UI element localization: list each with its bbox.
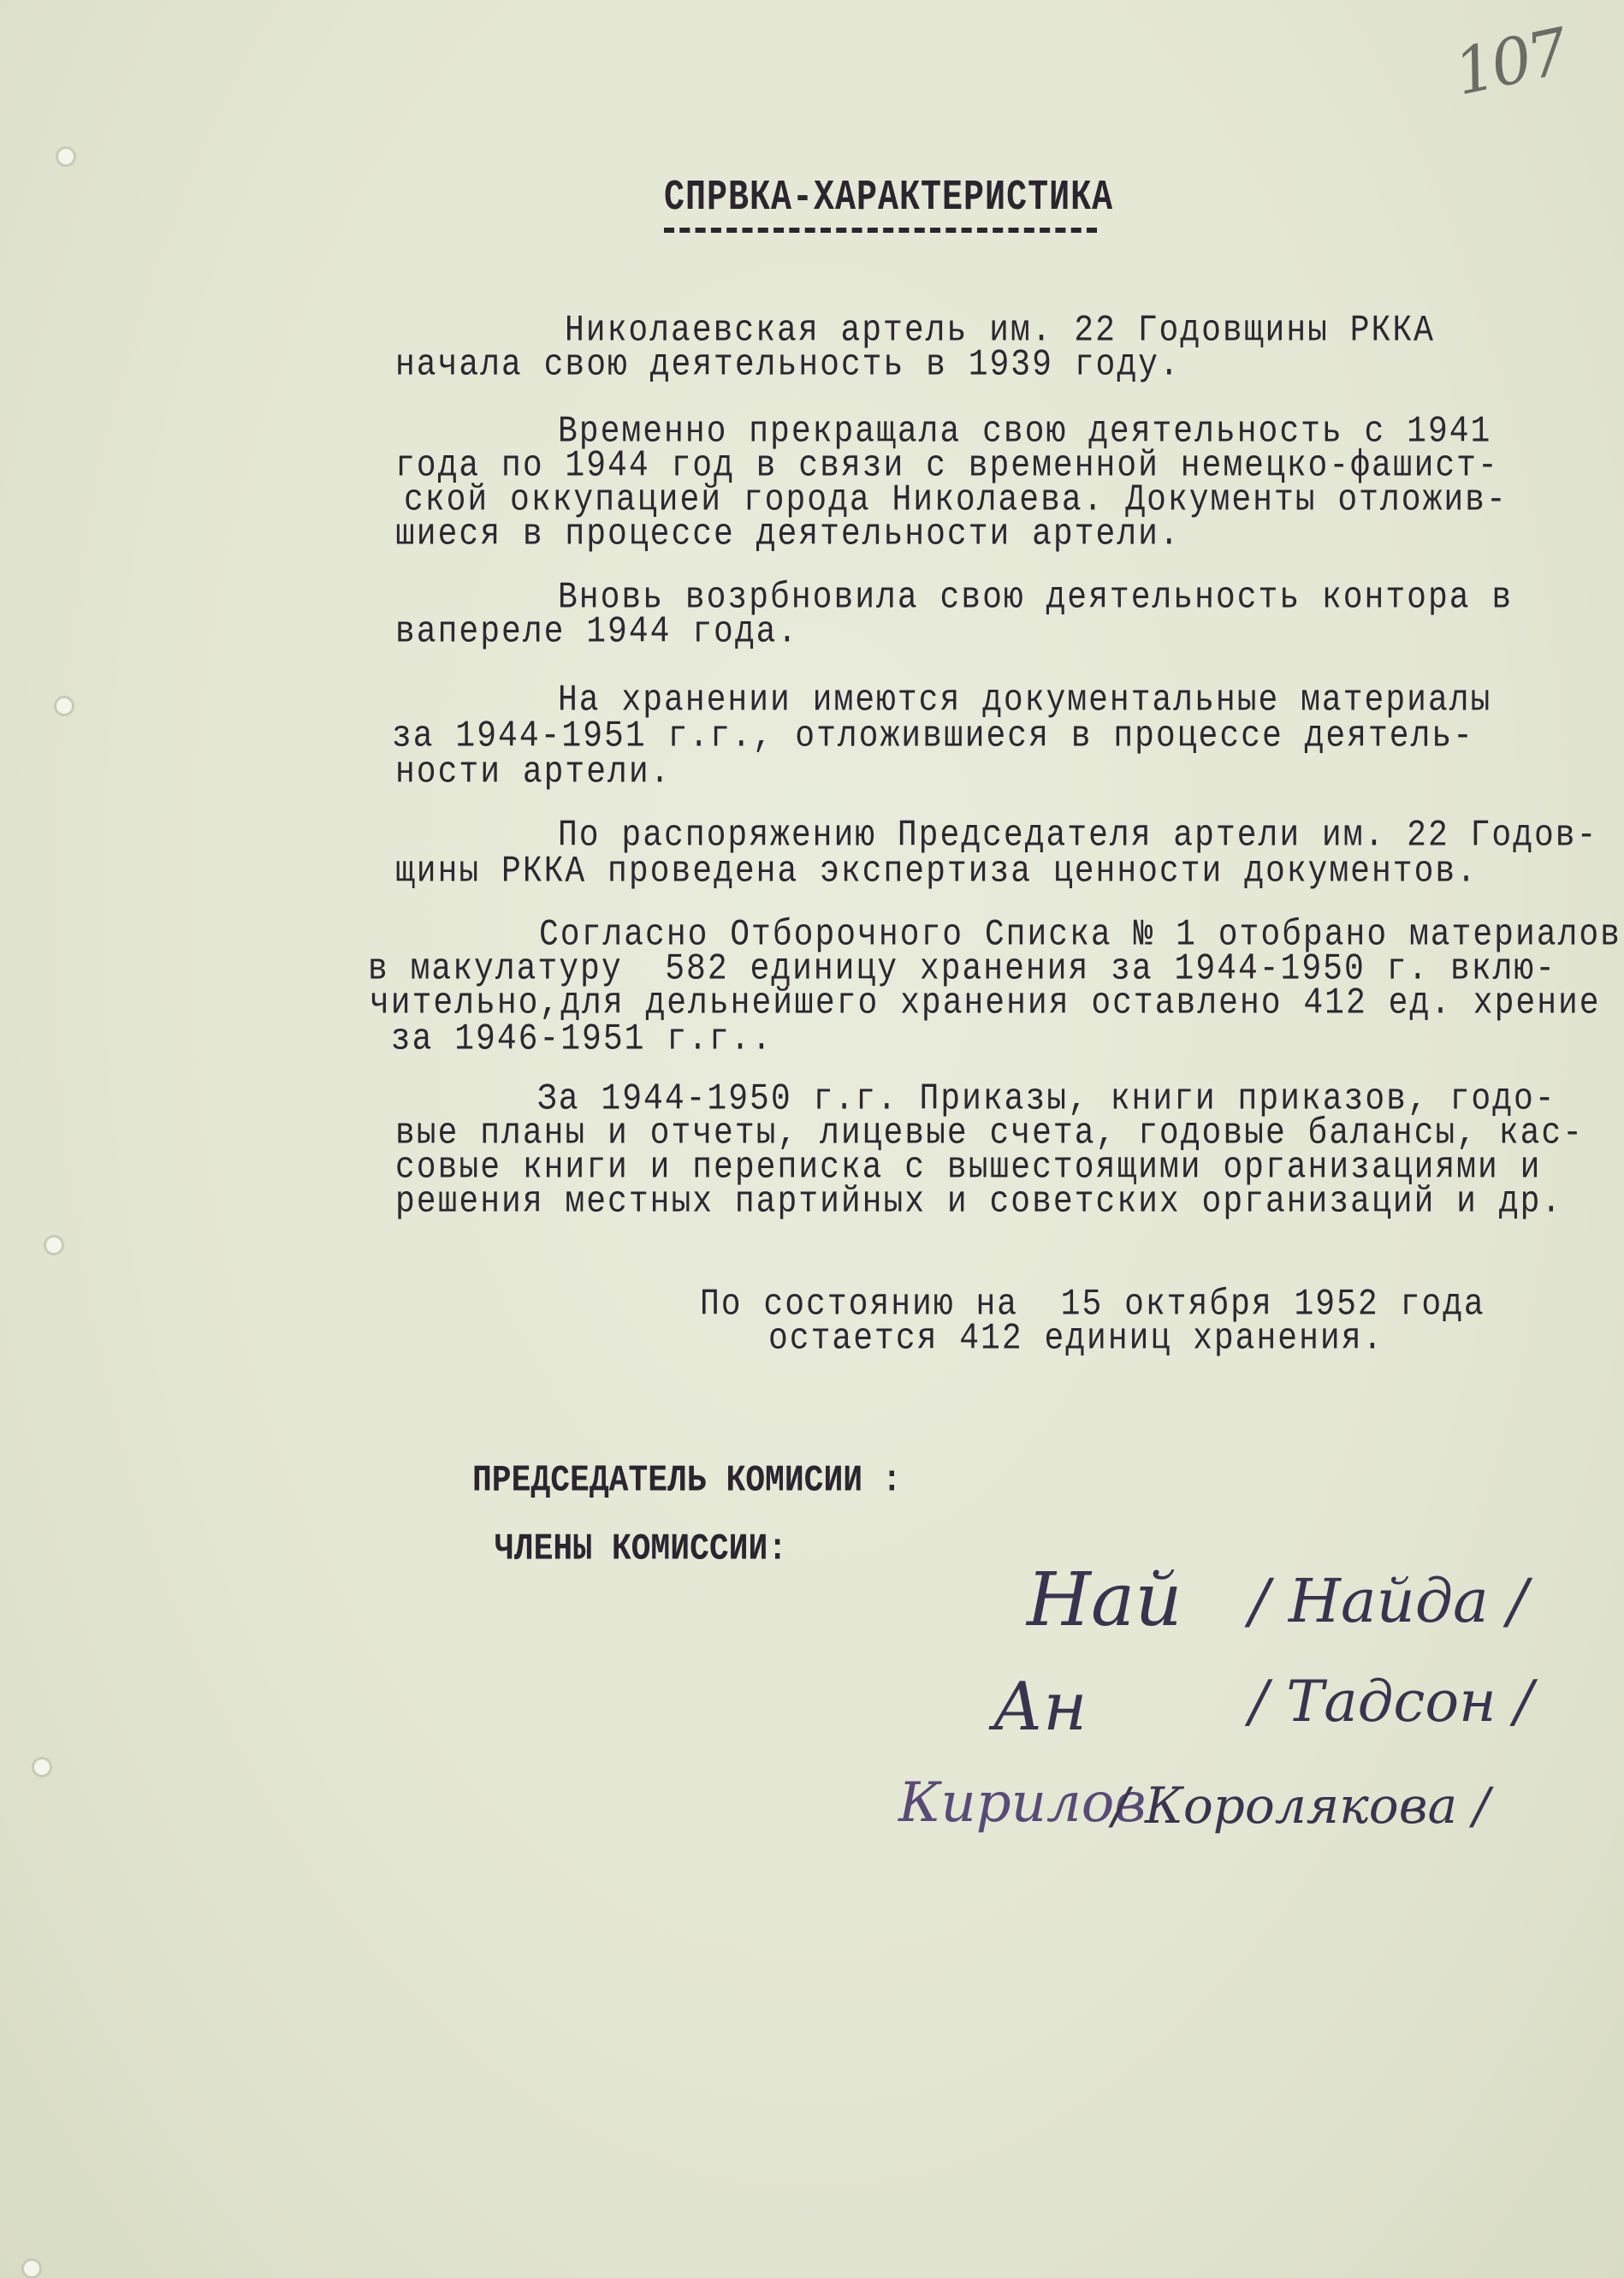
paragraph-2-line-4: шиеся в процессе деятельности артели. xyxy=(395,515,1181,555)
paragraph-4-line-3: ности артели. xyxy=(395,753,671,792)
signature-2-name: / Тадсон / xyxy=(1249,1669,1533,1735)
chairman-label: ПРЕДСЕДАТЕЛЬ КОМИСИИ : xyxy=(472,1460,902,1502)
signature-3: Кирилов xyxy=(898,1771,1146,1835)
punch-hole xyxy=(56,698,72,714)
signature-3-name: / Королякова / xyxy=(1112,1777,1490,1835)
signatures-area: Най / Найда / Ан / Тадсон / Кирилов / Ко… xyxy=(890,1540,1540,1883)
title-underline xyxy=(664,228,1097,233)
punch-hole xyxy=(46,1237,62,1253)
paragraph-5-line-2: щины РККА проведена экспертиза ценности … xyxy=(395,852,1478,892)
members-label: ЧЛЕНЫ КОМИССИИ: xyxy=(495,1528,787,1570)
document-title: СПРВКА-ХАРАКТЕРИСТИКА xyxy=(664,175,1113,222)
paragraph-7-line-4: решения местных партийных и советских ор… xyxy=(395,1183,1562,1222)
punch-hole xyxy=(58,149,74,164)
punch-hole xyxy=(34,1759,50,1775)
signature-2: Ан xyxy=(993,1669,1087,1746)
paragraph-6-line-4: за 1946-1951 г.г.. xyxy=(370,1020,773,1059)
status-line-2: остается 412 единиц хранения. xyxy=(768,1320,1384,1359)
paragraph-3-line-2: вапереле 1944 года. xyxy=(395,613,798,652)
paragraph-1-line-2: начала свою деятельность в 1939 году. xyxy=(395,346,1181,385)
punch-hole xyxy=(24,2261,39,2276)
signature-1-name: / Найда / xyxy=(1249,1566,1528,1636)
signature-1: Най xyxy=(1027,1557,1182,1643)
